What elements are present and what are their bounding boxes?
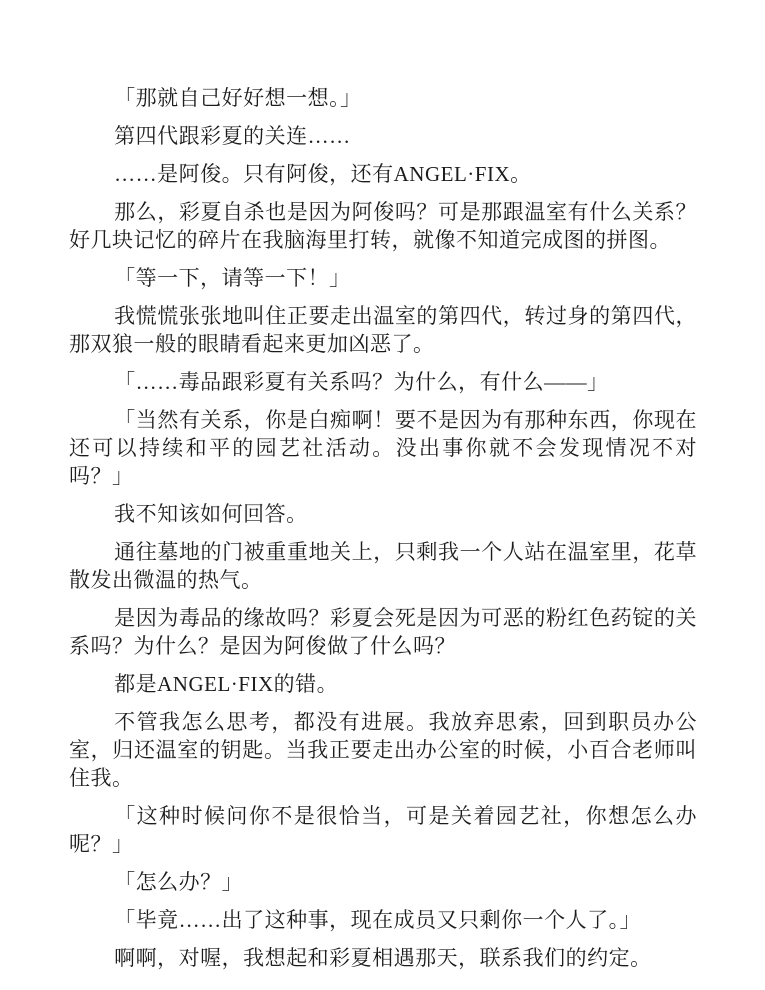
paragraph: 都是ANGEL·FIX的错。 [69, 670, 697, 698]
paragraph: 「毕竟……出了这种事，现在成员又只剩你一个人了。」 [69, 906, 697, 934]
paragraph: 「等一下，请等一下！」 [69, 264, 697, 292]
paragraph: ……是阿俊。只有阿俊，还有ANGEL·FIX。 [69, 160, 697, 188]
paragraph: 「……毒品跟彩夏有关系吗？为什么，有什么——」 [69, 368, 697, 396]
paragraph: 「那就自己好好想一想。」 [69, 84, 697, 112]
paragraph: 是因为毒品的缘故吗？彩夏会死是因为可恶的粉红色药锭的关系吗？为什么？是因为阿俊做… [69, 604, 697, 660]
paragraph: 通往墓地的门被重重地关上，只剩我一个人站在温室里，花草散发出微温的热气。 [69, 538, 697, 594]
paragraph: 啊啊，对喔，我想起和彩夏相遇那天，联系我们的约定。 [69, 944, 697, 972]
paragraph: 第四代跟彩夏的关连…… [69, 122, 697, 150]
paragraph: 我不知该如何回答。 [69, 500, 697, 528]
paragraph: 那么，彩夏自杀也是因为阿俊吗？可是那跟温室有什么关系？好几块记忆的碎片在我脑海里… [69, 198, 697, 254]
novel-text-page: 「那就自己好好想一想。」 第四代跟彩夏的关连…… ……是阿俊。只有阿俊，还有AN… [0, 0, 765, 990]
paragraph: 不管我怎么思考，都没有进展。我放弃思索，回到职员办公室，归还温室的钥匙。当我正要… [69, 708, 697, 792]
paragraph: 「这种时候问你不是很恰当，可是关着园艺社，你想怎么办呢？」 [69, 802, 697, 858]
paragraph: 「怎么办？」 [69, 868, 697, 896]
paragraph: 「当然有关系，你是白痴啊！要不是因为有那种东西，你现在还可以持续和平的园艺社活动… [69, 406, 697, 490]
paragraph: 我慌慌张张地叫住正要走出温室的第四代，转过身的第四代，那双狼一般的眼睛看起来更加… [69, 302, 697, 358]
